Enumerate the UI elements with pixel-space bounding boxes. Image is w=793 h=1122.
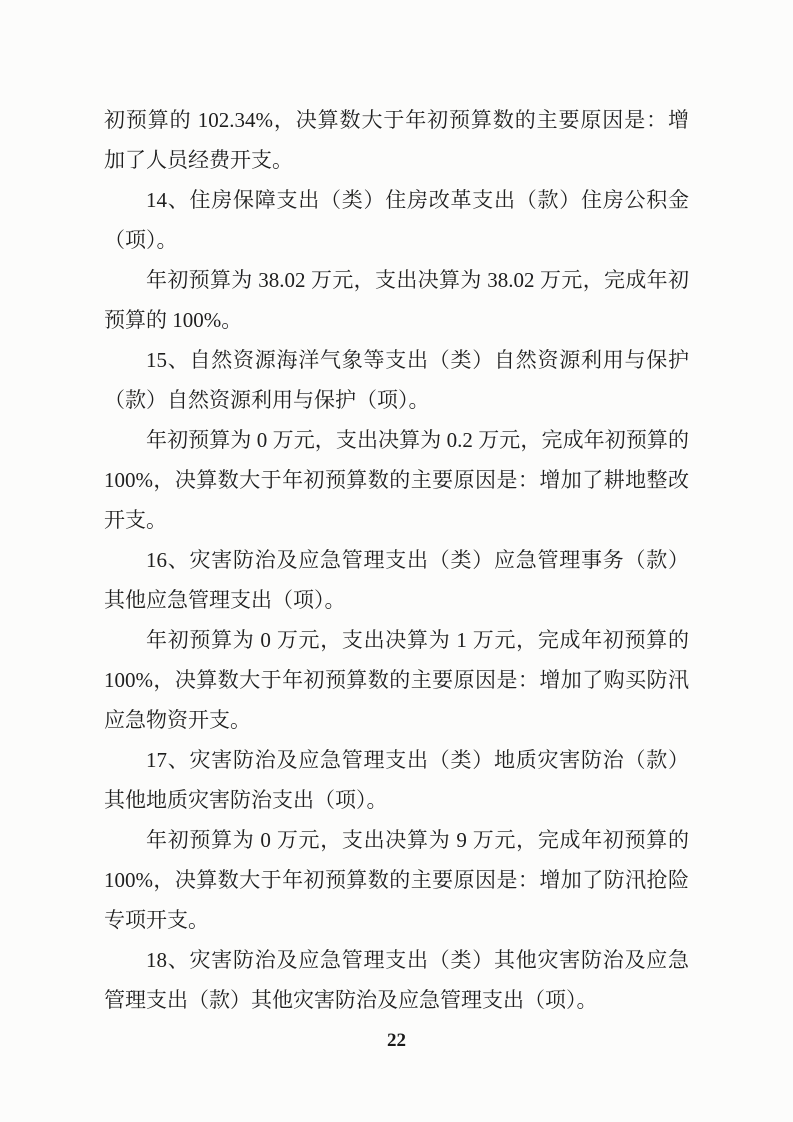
text-line: 其他地质灾害防治支出（项）。 [104, 780, 689, 820]
text-line: 专项开支。 [104, 900, 689, 940]
text-line: （款）自然资源利用与保护（项）。 [104, 380, 689, 420]
paragraph: 18、灾害防治及应急管理支出（类）其他灾害防治及应急管理支出（款）其他灾害防治及… [104, 940, 689, 1020]
text-line: 其他应急管理支出（项）。 [104, 580, 689, 620]
text-line: 年初预算为 0 万元，支出决算为 0.2 万元，完成年初预算的 [104, 420, 689, 460]
text-line: 100%，决算数大于年初预算数的主要原因是：增加了防汛抢险 [104, 860, 689, 900]
paragraph: 年初预算为 0 万元，支出决算为 1 万元，完成年初预算的100%，决算数大于年… [104, 620, 689, 740]
text-line: 初预算的 102.34%，决算数大于年初预算数的主要原因是：增 [104, 100, 689, 140]
page-number: 22 [0, 1030, 793, 1052]
paragraph: 16、灾害防治及应急管理支出（类）应急管理事务（款）其他应急管理支出（项）。 [104, 540, 689, 620]
paragraph: 17、灾害防治及应急管理支出（类）地质灾害防治（款）其他地质灾害防治支出（项）。 [104, 740, 689, 820]
paragraph: 年初预算为 0 万元，支出决算为 0.2 万元，完成年初预算的100%，决算数大… [104, 420, 689, 540]
text-line: 100%，决算数大于年初预算数的主要原因是：增加了耕地整改 [104, 460, 689, 500]
paragraph: 初预算的 102.34%，决算数大于年初预算数的主要原因是：增加了人员经费开支。 [104, 100, 689, 180]
text-line: 加了人员经费开支。 [104, 140, 689, 180]
text-line: 100%，决算数大于年初预算数的主要原因是：增加了购买防汛 [104, 660, 689, 700]
text-line: 14、住房保障支出（类）住房改革支出（款）住房公积金 [104, 180, 689, 220]
text-line: 预算的 100%。 [104, 300, 689, 340]
text-line: 16、灾害防治及应急管理支出（类）应急管理事务（款） [104, 540, 689, 580]
document-page: 初预算的 102.34%，决算数大于年初预算数的主要原因是：增加了人员经费开支。… [0, 0, 793, 1122]
text-line: 年初预算为 0 万元，支出决算为 1 万元，完成年初预算的 [104, 620, 689, 660]
text-line: 年初预算为 0 万元，支出决算为 9 万元，完成年初预算的 [104, 820, 689, 860]
document-body: 初预算的 102.34%，决算数大于年初预算数的主要原因是：增加了人员经费开支。… [104, 100, 689, 1020]
paragraph: 年初预算为 38.02 万元，支出决算为 38.02 万元，完成年初预算的 10… [104, 260, 689, 340]
text-line: （项）。 [104, 220, 689, 260]
text-line: 15、自然资源海洋气象等支出（类）自然资源利用与保护 [104, 340, 689, 380]
text-line: 18、灾害防治及应急管理支出（类）其他灾害防治及应急 [104, 940, 689, 980]
text-line: 17、灾害防治及应急管理支出（类）地质灾害防治（款） [104, 740, 689, 780]
paragraph: 14、住房保障支出（类）住房改革支出（款）住房公积金（项）。 [104, 180, 689, 260]
text-line: 开支。 [104, 500, 689, 540]
paragraph: 年初预算为 0 万元，支出决算为 9 万元，完成年初预算的100%，决算数大于年… [104, 820, 689, 940]
text-line: 应急物资开支。 [104, 700, 689, 740]
text-line: 年初预算为 38.02 万元，支出决算为 38.02 万元，完成年初 [104, 260, 689, 300]
paragraph: 15、自然资源海洋气象等支出（类）自然资源利用与保护（款）自然资源利用与保护（项… [104, 340, 689, 420]
text-line: 管理支出（款）其他灾害防治及应急管理支出（项）。 [104, 980, 689, 1020]
